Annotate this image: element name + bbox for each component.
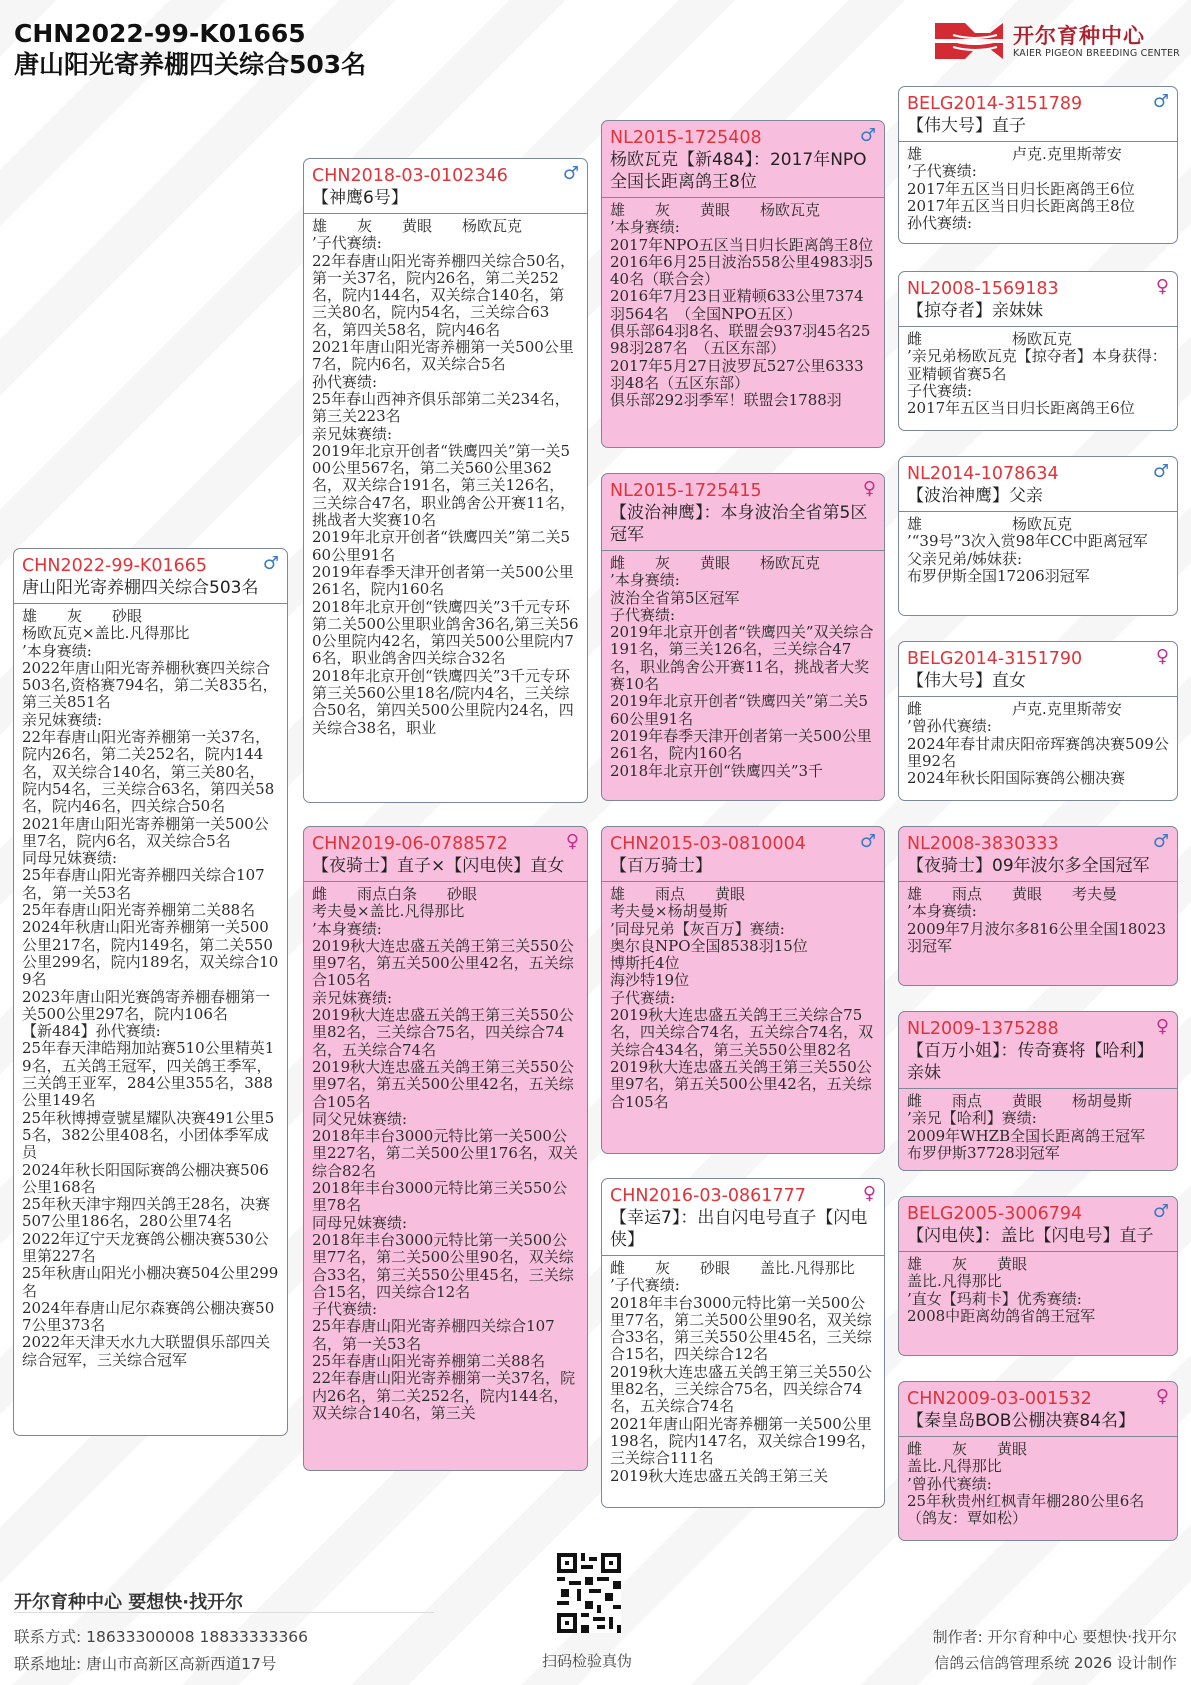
pedigree-card-ggp-4[interactable]: BELG2014-3151790♀【伟大号】直女 雌 卢克.克里斯蒂安 ’曾孙代… (898, 641, 1178, 801)
pigeon-details: 雌 灰 黄眼 盖比.凡得那比 ’曾孙代赛绩: 25年秋贵州红枫青年棚280公里6… (899, 1437, 1177, 1531)
pedigree-card-subject[interactable]: CHN2022-99-K01665♂唐山阳光寄养棚四关综合503名 雄 灰 砂眼… (13, 548, 288, 1436)
pigeon-details: 雌 杨欧瓦克 ’亲兄弟杨欧瓦克【掠夺者】本身获得：亚精顿省赛5名 子代赛绩: 2… (899, 327, 1177, 421)
kaier-logo-icon (935, 21, 1005, 61)
female-icon: ♀ (1156, 647, 1169, 667)
contact-phone: 联系方式: 18633300008 18833333366 (14, 1625, 308, 1647)
pigeon-details: 雄 灰 黄眼 杨欧瓦克 ’子代赛绩: 22年春唐山阳光寄养棚四关综合50名，第一… (304, 214, 587, 741)
female-icon: ♀ (1156, 1387, 1169, 1407)
pedigree-card-ggp-5[interactable]: NL2008-3830333♂【夜骑士】09年波尔多全国冠军 雄 雨点 黄眼 考… (898, 826, 1178, 986)
pedigree-card-ggp-1[interactable]: BELG2014-3151789♂【伟大号】直子 雄 卢克.克里斯蒂安 ’子代赛… (898, 86, 1178, 244)
pigeon-name: 【神鹰6号】 (312, 187, 579, 209)
male-icon: ♂ (1153, 1202, 1169, 1222)
ring-number: NL2014-1078634 (907, 463, 1169, 485)
pigeon-details: 雄 卢克.克里斯蒂安 ’子代赛绩: 2017年五区当日归长距离鸽王6位 2017… (899, 142, 1177, 236)
female-icon: ♀ (1156, 277, 1169, 297)
female-icon: ♀ (863, 1184, 876, 1204)
pedigree-card-ggp-6[interactable]: NL2009-1375288♀【百万小姐】：传奇赛将【哈利】亲妹 雌 雨点 黄眼… (898, 1011, 1178, 1171)
pigeon-name: 【百万骑士】 (610, 855, 876, 877)
pedigree-card-dam[interactable]: CHN2019-06-0788572♀【夜骑士】直子×【闪电侠】直女 雌 雨点白… (303, 826, 588, 1471)
contact-address: 联系地址: 唐山市高新区高新西道17号 (14, 1652, 276, 1674)
pedigree-card-sire-sire[interactable]: NL2015-1725408♂杨欧瓦克【新484】：2017年NPO全国长距离鸽… (601, 120, 885, 448)
ring-number: CHN2016-03-0861777 (610, 1185, 876, 1207)
pigeon-name: 【幸运7】：出自闪电号直子【闪电侠】 (610, 1207, 876, 1251)
ring-number: CHN2018-03-0102346 (312, 165, 579, 187)
ring-number: CHN2009-03-001532 (907, 1388, 1169, 1410)
pedigree-card-dam-dam[interactable]: CHN2016-03-0861777♀【幸运7】：出自闪电号直子【闪电侠】 雌 … (601, 1178, 885, 1508)
pigeon-name: 【夜骑士】直子×【闪电侠】直女 (312, 855, 579, 877)
pigeon-details: 雌 雨点 黄眼 杨胡曼斯 ’亲兄【哈利】赛绩: 2009年WHZB全国长距离鸽王… (899, 1089, 1177, 1166)
qr-label: 扫码检验真伪 (542, 1650, 632, 1671)
pedigree-card-ggp-7[interactable]: BELG2005-3006794♂【闪电侠】：盖比【闪电号】直子 雄 灰 黄眼 … (898, 1196, 1178, 1356)
pigeon-name: 【百万小姐】：传奇赛将【哈利】亲妹 (907, 1040, 1169, 1084)
pedigree-card-ggp-2[interactable]: NL2008-1569183♀【掠夺者】亲妹妹 雌 杨欧瓦克 ’亲兄弟杨欧瓦克【… (898, 271, 1178, 431)
ring-number: NL2015-1725408 (610, 127, 876, 149)
pigeon-details: 雌 雨点白条 砂眼 考夫曼×盖比.凡得那比 ’本身赛绩: 2019秋大连忠盛五关… (304, 882, 587, 1426)
pigeon-name: 【闪电侠】：盖比【闪电号】直子 (907, 1225, 1169, 1247)
footer-divider (14, 1612, 434, 1613)
ring-number: NL2015-1725415 (610, 480, 876, 502)
pigeon-name: 【掠夺者】亲妹妹 (907, 300, 1169, 322)
pigeon-name: 【伟大号】直女 (907, 670, 1169, 692)
female-icon: ♀ (1156, 1017, 1169, 1037)
male-icon: ♂ (860, 126, 876, 146)
credit-line-1: 制作者: 开尔育种中心 要想快·找开尔 (933, 1626, 1177, 1647)
qr-code-icon[interactable] (557, 1553, 621, 1633)
male-icon: ♂ (1153, 832, 1169, 852)
pigeon-details: 雌 灰 黄眼 杨欧瓦克 ’本身赛绩: 波治全省第5区冠军 子代赛绩: 2019年… (602, 551, 884, 784)
male-icon: ♂ (1153, 92, 1169, 112)
pigeon-details: 雄 灰 砂眼 杨欧瓦克×盖比.凡得那比 ’本身赛绩: 2022年唐山阳光寄养棚秋… (14, 604, 287, 1373)
female-icon: ♀ (863, 479, 876, 499)
pigeon-name: 【波治神鹰】：本身波治全省第5区冠军 (610, 502, 876, 546)
ring-number: NL2008-1569183 (907, 278, 1169, 300)
ring-number: CHN2015-03-0810004 (610, 833, 876, 855)
footer-brand: 开尔育种中心 要想快·找开尔 (14, 1588, 243, 1614)
ring-number: NL2008-3830333 (907, 833, 1169, 855)
pigeon-details: 雄 杨欧瓦克 ’“39号”3次入赏98年CC中距离冠军 父亲兄弟/姊妹获: 布罗… (899, 512, 1177, 589)
credit-line-2: 信鸽云信鸽管理系统 2026 设计制作 (934, 1652, 1177, 1673)
pigeon-details: 雌 灰 砂眼 盖比.凡得那比 ’子代赛绩: 2018年丰台3000元特比第一关5… (602, 1256, 884, 1489)
pedigree-card-dam-sire[interactable]: CHN2015-03-0810004♂【百万骑士】 雄 雨点 黄眼 考夫曼×杨胡… (601, 826, 885, 1154)
pigeon-name: 【秦皇岛BOB公棚决赛84名】 (907, 1410, 1169, 1432)
logo-en: KAIER PIGEON BREEDING CENTER (1013, 48, 1180, 59)
pigeon-name: 【伟大号】直子 (907, 115, 1169, 137)
female-icon: ♀ (566, 832, 579, 852)
ring-number: CHN2019-06-0788572 (312, 833, 579, 855)
male-icon: ♂ (860, 832, 876, 852)
male-icon: ♂ (263, 554, 279, 574)
pigeon-details: 雌 卢克.克里斯蒂安 ’曾孙代赛绩: 2024年春甘肃庆阳帝珲赛鸽决赛509公里… (899, 697, 1177, 791)
header-title: 唐山阳光寄养棚四关综合503名 (14, 49, 366, 80)
pedigree-card-sire[interactable]: CHN2018-03-0102346♂【神鹰6号】 雄 灰 黄眼 杨欧瓦克 ’子… (303, 158, 588, 803)
logo: 开尔育种中心 KAIER PIGEON BREEDING CENTER (935, 18, 1185, 64)
pigeon-name: 【波治神鹰】父亲 (907, 485, 1169, 507)
pedigree-card-sire-dam[interactable]: NL2015-1725415♀【波治神鹰】：本身波治全省第5区冠军 雌 灰 黄眼… (601, 473, 885, 801)
ring-number: NL2009-1375288 (907, 1018, 1169, 1040)
pigeon-details: 雄 灰 黄眼 盖比.凡得那比 ’直女【玛莉卡】优秀赛绩: 2008中距离幼鸽省鸽… (899, 1252, 1177, 1329)
header-ring-number: CHN2022-99-K01665 (14, 18, 366, 49)
pigeon-details: 雄 雨点 黄眼 考夫曼×杨胡曼斯 ’同母兄弟【灰百万】赛绩: 奥尔良NPO全国8… (602, 882, 884, 1115)
pigeon-name: 唐山阳光寄养棚四关综合503名 (22, 577, 279, 599)
ring-number: BELG2014-3151790 (907, 648, 1169, 670)
pigeon-details: 雄 雨点 黄眼 考夫曼 ’本身赛绩: 2009年7月波尔多816公里全国1802… (899, 882, 1177, 959)
page-title: CHN2022-99-K01665 唐山阳光寄养棚四关综合503名 (14, 18, 366, 80)
ring-number: BELG2005-3006794 (907, 1203, 1169, 1225)
ring-number: CHN2022-99-K01665 (22, 555, 279, 577)
pedigree-card-ggp-3[interactable]: NL2014-1078634♂【波治神鹰】父亲 雄 杨欧瓦克 ’“39号”3次入… (898, 456, 1178, 616)
pigeon-name: 杨欧瓦克【新484】：2017年NPO全国长距离鸽王8位 (610, 149, 876, 193)
logo-cn: 开尔育种中心 (1013, 24, 1180, 48)
male-icon: ♂ (1153, 462, 1169, 482)
pedigree-card-ggp-8[interactable]: CHN2009-03-001532♀【秦皇岛BOB公棚决赛84名】 雌 灰 黄眼… (898, 1381, 1178, 1541)
pigeon-details: 雄 灰 黄眼 杨欧瓦克 ’本身赛绩: 2017年NPO五区当日归长距离鸽王8位 … (602, 198, 884, 414)
ring-number: BELG2014-3151789 (907, 93, 1169, 115)
male-icon: ♂ (563, 164, 579, 184)
pigeon-name: 【夜骑士】09年波尔多全国冠军 (907, 855, 1169, 877)
